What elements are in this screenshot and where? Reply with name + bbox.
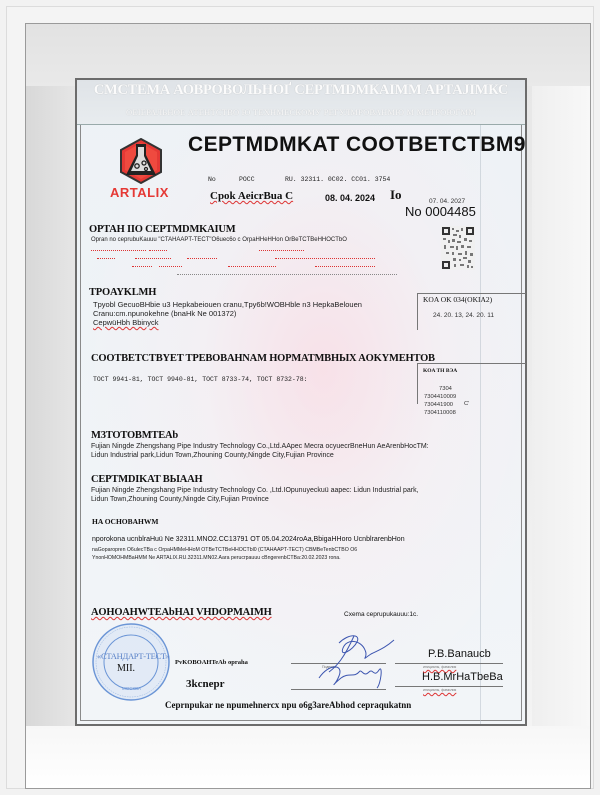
manufacturer-heading: M3TOTOBMTEAb <box>91 430 178 441</box>
redacted-line <box>97 258 115 259</box>
product-line-3: CepwüHbh Bbinyck <box>93 318 158 327</box>
tnved-code: 730441900 <box>424 402 453 408</box>
expert-name: H.B.MrHaTbeBa <box>422 671 503 683</box>
head-name: P.B.Banaucb <box>428 648 491 660</box>
redacted-line <box>259 250 304 251</box>
stamp-mp-label: MII. <box>117 663 135 674</box>
expert-name-line <box>395 686 503 687</box>
flask-logo-icon <box>119 138 163 184</box>
tnved-code: 7304110008 <box>424 410 456 416</box>
applicant-line-1: Fujian Ningde Zhengshang Pipe Industry T… <box>91 486 419 495</box>
certificate-header-band: СМСТЕМА АОВРОВОЛЬНОҐ СЕРТМDМКАІММ АРТАЈІ… <box>77 80 525 125</box>
header-agency: ОЕІЕРАЛЬНОЕ АТЕНТСТВО Ю ТЕХНМЕСКОМУ РЕГУ… <box>77 107 525 117</box>
frame-bevel-right <box>532 24 590 788</box>
certificate-title: CEPTMDMKAT COOTBETCTBM9 <box>188 133 526 157</box>
qr-code <box>441 226 475 270</box>
header-system-title: СМСТЕМА АОВРОВОЛЬНОҐ СЕРТМDМКАІММ АРТАЈІ… <box>77 82 525 99</box>
redacted-line <box>228 266 276 267</box>
expert-name-caption: инициалы, фамилия <box>423 688 456 692</box>
redacted-line <box>177 274 397 275</box>
number-prefix: POCC <box>239 176 255 183</box>
validity-label: Cpok AeicrBua C <box>210 190 293 202</box>
product-line-1: Tpyobl GecuoBHbie u3 Hepkabeiouen cranu,… <box>93 300 362 309</box>
okpd-codes: 24. 20. 13, 24. 20. 11 <box>433 312 494 319</box>
applicant-heading: CEPTMDIKAT BЫAAH <box>91 474 202 485</box>
standards-list: TOCT 9941-81, TOCT 9940-81, TOCT 8733-74… <box>93 376 308 383</box>
manufacturer-line-1: Fujian Ningde Zhengshang Pipe Industry T… <box>91 442 429 451</box>
redacted-line <box>135 258 171 259</box>
certificate-document: СМСТЕМА АОВРОВОЛЬНОҐ СЕРТМDМКАІММ АРТАЈІ… <box>75 78 527 726</box>
manufacturer-line-2: Lidun Industrial park,Lidun Town,Zhounin… <box>91 451 334 460</box>
basis-line-3: YnonHOMOHMBaHMM Ne ARTALIX.RU.32311.MN02… <box>92 555 341 561</box>
frame-bevel-top <box>26 24 590 86</box>
frame-bevel-bottom <box>26 726 590 788</box>
date-to-label: Io <box>390 187 402 203</box>
date-from: 08. 04. 2024 <box>325 193 375 203</box>
additional-info-heading: AOHOAHWTEAbHAI VHDOPMAIMH <box>91 607 272 618</box>
redacted-line <box>275 258 375 259</box>
basis-heading: HA OCHOBAHWM <box>92 517 158 526</box>
organ-text: Opran no ceprubuKauuu "CTAHAAPT-TECT"O6u… <box>91 237 347 243</box>
head-name-caption: инициалы, фамилия <box>423 665 456 669</box>
serial-number: No 0004485 <box>405 204 476 219</box>
certificate-number: RU. 32311. 0C02. CC01. 3754 <box>285 176 390 183</box>
redacted-line <box>132 266 152 267</box>
footer-note: Ceprnpukar ne npumehnercx npu o6g3areAbh… <box>165 700 411 710</box>
organ-heading: OPTAH IIO CEPTMDMKAIUM <box>89 224 235 235</box>
tnved-mark: C' <box>464 401 469 407</box>
applicant-line-2: Lidun Town,Zhouning County,Ningde City,F… <box>91 495 269 504</box>
redacted-line <box>159 266 182 267</box>
redacted-line <box>91 250 146 251</box>
conformity-heading: COOTBETCTBYET TPEBOBAHNAM HOPMATMBHЫX AO… <box>91 353 435 364</box>
okpd-label: KOA OK 034(OKIA2) <box>423 295 492 304</box>
number-label: No <box>208 176 216 183</box>
redacted-line <box>315 266 375 267</box>
product-heading: TPOAYKLMH <box>89 287 156 298</box>
stamp-city: МОСКВА <box>122 686 141 691</box>
stamp-text: «СТАНДАРТ-ТЕСТ» <box>97 651 170 661</box>
head-of-organ-label: PvKOBOAHTeAb oprаha <box>175 659 248 666</box>
logo-text: ARTALIX <box>110 185 169 200</box>
basis-line-1: nporokona ucnblraHuü Ne 32311.MNO2.CC137… <box>92 536 405 543</box>
head-name-line <box>395 663 503 664</box>
handwritten-signatures <box>299 628 409 693</box>
redacted-line <box>187 258 217 259</box>
certification-scheme: Cxema ceprupukauuu:1c. <box>344 611 418 618</box>
redacted-line <box>149 250 167 251</box>
expert-label: 3kcnepr <box>186 678 225 690</box>
product-line-2: Cranu:cm.npunokehne (bnaHk Ne 001372) <box>93 309 236 318</box>
basis-line-2: naGoparopren O6ulecTBa c OrpaHMMeHHoM OT… <box>92 547 357 553</box>
tnved-code: 7304 <box>439 386 452 392</box>
tnved-code: 7304410009 <box>424 394 456 400</box>
tnved-label: KOA TH BЭA <box>423 368 457 374</box>
